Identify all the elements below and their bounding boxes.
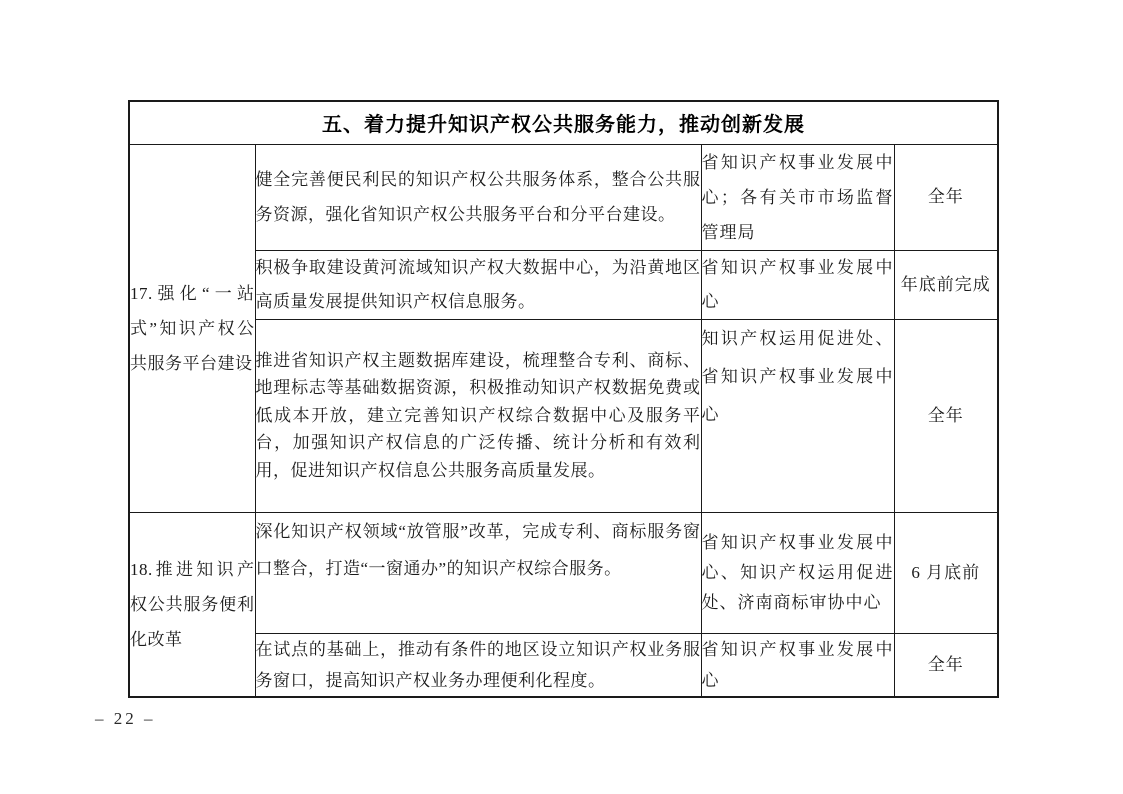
- task-18-1-responsible-unit: 省知识产权事业发展中心、知识产权运用促进处、济南商标审协中心: [701, 512, 894, 633]
- task-18-2-responsible-unit: 省知识产权事业发展中心: [701, 633, 894, 697]
- task-17-1-measure: 健全完善便民利民的知识产权公共服务体系，整合公共服务资源，强化省知识产权公共服务…: [255, 144, 701, 250]
- task-18-2-measure: 在试点的基础上，推动有条件的地区设立知识产权业务服务窗口，提高知识产权业务办理便…: [255, 633, 701, 697]
- task-17-3-deadline: 全年: [894, 319, 998, 512]
- task-table: 五、着力提升知识产权公共服务能力，推动创新发展 17.强化“一站式”知识产权公共…: [128, 100, 999, 698]
- task-17-1-responsible-unit: 省知识产权事业发展中心；各有关市市场监督管理局: [701, 144, 894, 250]
- table-row: 积极争取建设黄河流域知识产权大数据中心，为沿黄地区高质量发展提供知识产权信息服务…: [129, 250, 998, 319]
- task-17-1-deadline: 全年: [894, 144, 998, 250]
- task-17-3-responsible-unit: 知识产权运用促进处、省知识产权事业发展中心: [701, 319, 894, 512]
- section-title: 五、着力提升知识产权公共服务能力，推动创新发展: [129, 101, 998, 144]
- task-17-2-responsible-unit: 省知识产权事业发展中心: [701, 250, 894, 319]
- task-18-1-deadline: 6 月底前: [894, 512, 998, 633]
- document-page: 五、着力提升知识产权公共服务能力，推动创新发展 17.强化“一站式”知识产权公共…: [0, 0, 1123, 794]
- table-row: 推进省知识产权主题数据库建设，梳理整合专利、商标、地理标志等基础数据资源，积极推…: [129, 319, 998, 512]
- task-18-1-measure: 深化知识产权领域“放管服”改革，完成专利、商标服务窗口整合，打造“一窗通办”的知…: [255, 512, 701, 633]
- task-17-2-measure: 积极争取建设黄河流域知识产权大数据中心，为沿黄地区高质量发展提供知识产权信息服务…: [255, 250, 701, 319]
- task-17-2-deadline: 年底前完成: [894, 250, 998, 319]
- task-18-2-deadline: 全年: [894, 633, 998, 697]
- table-row: 在试点的基础上，推动有条件的地区设立知识产权业务服务窗口，提高知识产权业务办理便…: [129, 633, 998, 697]
- task-17-3-measure: 推进省知识产权主题数据库建设，梳理整合专利、商标、地理标志等基础数据资源，积极推…: [255, 319, 701, 512]
- task-group-18-name: 18.推进知识产权公共服务便利化改革: [129, 512, 255, 697]
- table-row: 17.强化“一站式”知识产权公共服务平台建设 健全完善便民利民的知识产权公共服务…: [129, 144, 998, 250]
- table-row: 18.推进知识产权公共服务便利化改革 深化知识产权领域“放管服”改革，完成专利、…: [129, 512, 998, 633]
- page-number: – 22 –: [95, 709, 156, 729]
- task-group-17-name: 17.强化“一站式”知识产权公共服务平台建设: [129, 144, 255, 512]
